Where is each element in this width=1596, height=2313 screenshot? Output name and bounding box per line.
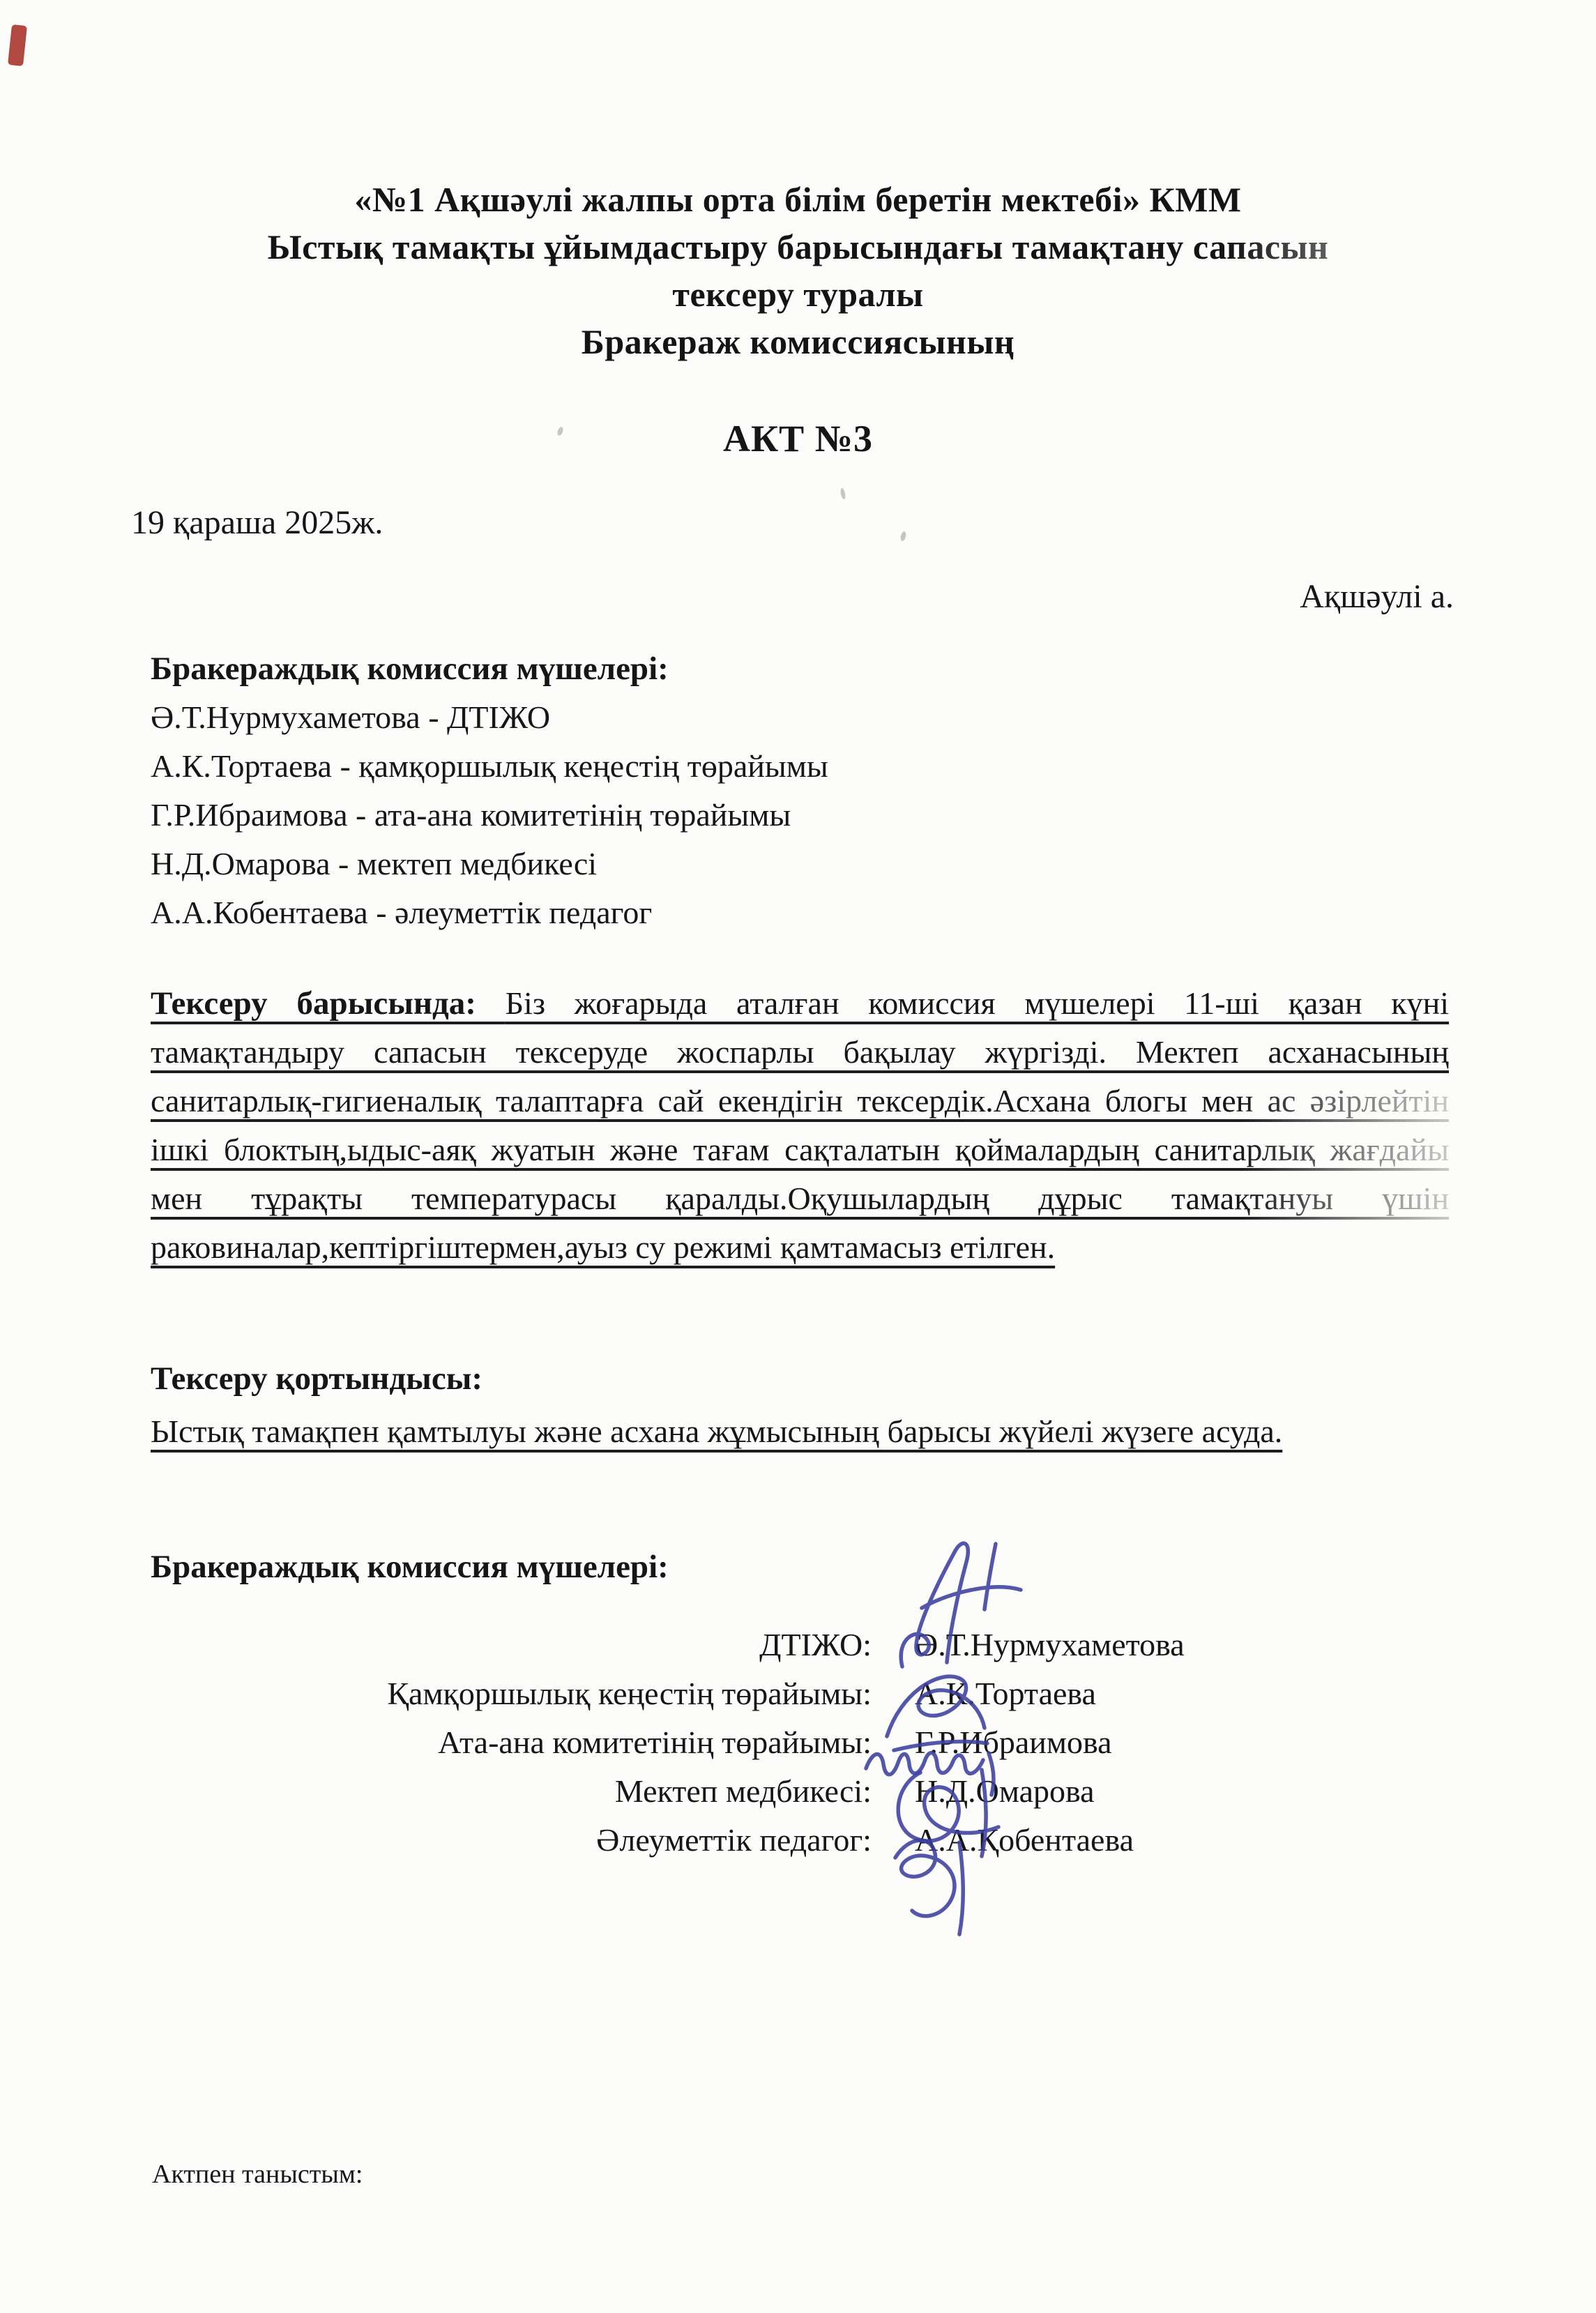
member-item: Ә.Т.Нурмухаметова - ДТІЖО	[151, 693, 828, 742]
inspection-label: Тексеру барысында:	[151, 985, 476, 1022]
signature-role: ДТІЖО:	[0, 1626, 872, 1663]
document-date: 19 қараша 2025ж.	[131, 503, 383, 542]
member-item: Н.Д.Омарова - мектеп медбикесі	[151, 840, 828, 888]
signature-role: Мектеп медбикесі:	[0, 1773, 872, 1810]
member-item: Г.Р.Ибраимова - ата-ана комитетінің төра…	[151, 791, 828, 840]
inspection-paragraph: Тексеру барысында: Біз жоғарыда аталған …	[151, 979, 1449, 1272]
member-item: А.К.Тортаева - қамқоршылық кеңестің төра…	[151, 742, 828, 791]
document-place: Ақшәулі а.	[1300, 577, 1454, 616]
signature-row: Қамқоршылық кеңестің төрайымы: А.К.Торта…	[0, 1675, 1471, 1712]
inspection-text: Біз жоғарыда аталған комиссия мүшелері 1…	[151, 985, 1449, 1265]
signature-role: Ата-ана комитетінің төрайымы:	[0, 1724, 872, 1761]
signature-row: Мектеп медбикесі: Н.Д.Омарова	[0, 1773, 1471, 1810]
signature-name: А.А.Қобентаева	[915, 1821, 1134, 1858]
signature-role: Қамқоршылық кеңестің төрайымы:	[0, 1675, 872, 1712]
scan-speck	[899, 531, 906, 541]
act-number: АКТ №3	[0, 417, 1596, 460]
scan-speck	[839, 488, 846, 500]
signature-row: Ата-ана комитетінің төрайымы: Г.Р.Ибраим…	[0, 1724, 1471, 1761]
signature-row: ДТІЖО: Ә.Т.Нурмухаметова	[0, 1626, 1471, 1663]
document-header: «№1 Ақшәулі жалпы орта білім беретін мек…	[160, 176, 1436, 365]
commission-members-section: Бракераждық комиссия мүшелері: Ә.Т.Нурму…	[151, 644, 828, 937]
signature-ink-1	[887, 1520, 1026, 1694]
scanned-document-page: «№1 Ақшәулі жалпы орта білім беретін мек…	[0, 0, 1596, 2313]
acknowledgment-line: Актпен таныстым:	[152, 2159, 363, 2190]
signature-row: Әлеуметтік педагог: А.А.Қобентаева	[0, 1821, 1471, 1858]
document-title-line-3: тексеру туралы	[160, 271, 1436, 318]
signature-name: Н.Д.Омарова	[915, 1773, 1095, 1810]
signature-role: Әлеуметтік педагог:	[0, 1821, 872, 1858]
signature-name: А.К.Тортаева	[915, 1675, 1096, 1712]
signature-name: Ә.Т.Нурмухаметова	[915, 1626, 1185, 1663]
scan-artifact-mark	[8, 24, 27, 66]
document-title-line-1: «№1 Ақшәулі жалпы орта білім беретін мек…	[160, 176, 1436, 223]
document-title-line-2: Ыстық тамақты ұйымдастыру барысындағы та…	[160, 223, 1436, 271]
member-item: А.А.Кобентаева - әлеуметтік педагог	[151, 888, 828, 937]
document-title-line-4: Бракераж комиссиясының	[160, 318, 1436, 365]
members-heading: Бракераждық комиссия мүшелері:	[151, 644, 828, 693]
conclusion-heading: Тексеру қортындысы:	[151, 1360, 482, 1397]
signature-name: Г.Р.Ибраимова	[915, 1724, 1112, 1761]
signature-ink-4	[876, 1742, 1015, 1881]
conclusion-text: Ыстық тамақпен қамтылуы және асхана жұмы…	[151, 1407, 1449, 1456]
signatures-heading: Бракераждық комиссия мүшелері:	[151, 1548, 669, 1586]
